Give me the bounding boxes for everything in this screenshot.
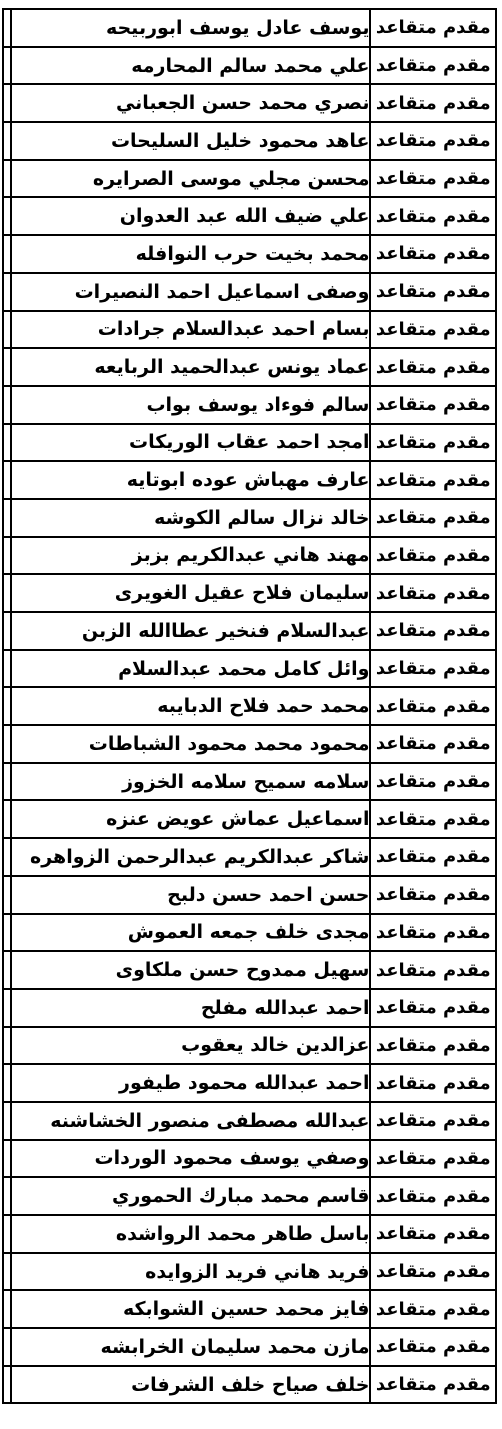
retiree-rank-cell: مقدم متقاعد <box>370 348 496 386</box>
spacer-cell <box>3 1140 11 1178</box>
retiree-rank-cell: مقدم متقاعد <box>370 84 496 122</box>
retiree-name-cell: سلامه سميح سلامه الخزوز <box>11 763 370 801</box>
retiree-rank-cell: مقدم متقاعد <box>370 1102 496 1140</box>
roster-row: عماد يونس عبدالحميد الربايعه مقدم متقاعد <box>3 348 496 386</box>
roster-row: محسن مجلي موسى الصرايره مقدم متقاعد <box>3 160 496 198</box>
spacer-cell <box>3 1177 11 1215</box>
roster-row: عاهد محمود خليل السليحات مقدم متقاعد <box>3 122 496 160</box>
retiree-name-cell: اسماعيل عماش عويض عنزه <box>11 800 370 838</box>
retiree-rank-cell: مقدم متقاعد <box>370 9 496 47</box>
roster-row: مجدى خلف جمعه العموش مقدم متقاعد <box>3 914 496 952</box>
roster-row: امجد احمد عقاب الوريكات مقدم متقاعد <box>3 424 496 462</box>
roster-row: اسماعيل عماش عويض عنزه مقدم متقاعد <box>3 800 496 838</box>
retiree-rank-cell: مقدم متقاعد <box>370 876 496 914</box>
roster-row: باسل طاهر محمد الرواشده مقدم متقاعد <box>3 1215 496 1253</box>
roster-row: علي ضيف الله عبد العدوان مقدم متقاعد <box>3 197 496 235</box>
retiree-rank-cell: مقدم متقاعد <box>370 197 496 235</box>
retiree-name-cell: وصفي يوسف محمود الوردات <box>11 1140 370 1178</box>
roster-row: مهند هاني عبدالكريم بزبز مقدم متقاعد <box>3 537 496 575</box>
spacer-cell <box>3 763 11 801</box>
retiree-rank-cell: مقدم متقاعد <box>370 951 496 989</box>
retiree-rank-cell: مقدم متقاعد <box>370 1140 496 1178</box>
retiree-rank-cell: مقدم متقاعد <box>370 1177 496 1215</box>
retiree-name-cell: باسل طاهر محمد الرواشده <box>11 1215 370 1253</box>
spacer-cell <box>3 197 11 235</box>
retirees-roster-table: يوسف عادل يوسف ابوربيحه مقدم متقاعد علي … <box>2 8 497 1404</box>
roster-row: شاكر عبدالكريم عبدالرحمن الزواهره مقدم م… <box>3 838 496 876</box>
roster-row: احمد عبدالله محمود طيفور مقدم متقاعد <box>3 1064 496 1102</box>
roster-row: يوسف عادل يوسف ابوربيحه مقدم متقاعد <box>3 9 496 47</box>
spacer-cell <box>3 9 11 47</box>
roster-row: عبدالسلام فنخير عطاالله الزبن مقدم متقاع… <box>3 612 496 650</box>
retiree-rank-cell: مقدم متقاعد <box>370 612 496 650</box>
roster-row: وصفي يوسف محمود الوردات مقدم متقاعد <box>3 1140 496 1178</box>
retiree-name-cell: محمد حمد فلاح الدبايبه <box>11 687 370 725</box>
roster-row: محمود محمد محمود الشباطات مقدم متقاعد <box>3 725 496 763</box>
roster-row: مازن محمد سليمان الخرابشه مقدم متقاعد <box>3 1328 496 1366</box>
roster-row: عزالدين خالد يعقوب مقدم متقاعد <box>3 1027 496 1065</box>
roster-row: احمد عبدالله مفلح مقدم متقاعد <box>3 989 496 1027</box>
retiree-name-cell: مجدى خلف جمعه العموش <box>11 914 370 952</box>
retiree-rank-cell: مقدم متقاعد <box>370 499 496 537</box>
retiree-rank-cell: مقدم متقاعد <box>370 1027 496 1065</box>
roster-row: وصفى اسماعيل احمد النصيرات مقدم متقاعد <box>3 273 496 311</box>
retiree-rank-cell: مقدم متقاعد <box>370 311 496 349</box>
spacer-cell <box>3 160 11 198</box>
retiree-name-cell: سهيل ممدوح حسن ملكاوى <box>11 951 370 989</box>
spacer-cell <box>3 461 11 499</box>
retiree-name-cell: سليمان فلاح عقيل الغويرى <box>11 574 370 612</box>
retiree-rank-cell: مقدم متقاعد <box>370 763 496 801</box>
retiree-rank-cell: مقدم متقاعد <box>370 386 496 424</box>
retiree-rank-cell: مقدم متقاعد <box>370 273 496 311</box>
retiree-rank-cell: مقدم متقاعد <box>370 47 496 85</box>
roster-row: قاسم محمد مبارك الحموري مقدم متقاعد <box>3 1177 496 1215</box>
spacer-cell <box>3 1328 11 1366</box>
spacer-cell <box>3 122 11 160</box>
spacer-cell <box>3 838 11 876</box>
spacer-cell <box>3 273 11 311</box>
retiree-rank-cell: مقدم متقاعد <box>370 1253 496 1291</box>
retiree-rank-cell: مقدم متقاعد <box>370 914 496 952</box>
retiree-name-cell: محسن مجلي موسى الصرايره <box>11 160 370 198</box>
retiree-name-cell: يوسف عادل يوسف ابوربيحه <box>11 9 370 47</box>
spacer-cell <box>3 989 11 1027</box>
spacer-cell <box>3 1215 11 1253</box>
retiree-name-cell: عاهد محمود خليل السليحات <box>11 122 370 160</box>
retiree-rank-cell: مقدم متقاعد <box>370 122 496 160</box>
document-sheet: يوسف عادل يوسف ابوربيحه مقدم متقاعد علي … <box>0 0 502 1404</box>
retiree-name-cell: محمود محمد محمود الشباطات <box>11 725 370 763</box>
roster-row: محمد حمد فلاح الدبايبه مقدم متقاعد <box>3 687 496 725</box>
spacer-cell <box>3 499 11 537</box>
spacer-cell <box>3 800 11 838</box>
spacer-cell <box>3 235 11 273</box>
spacer-cell <box>3 574 11 612</box>
retiree-name-cell: مهند هاني عبدالكريم بزبز <box>11 537 370 575</box>
retiree-rank-cell: مقدم متقاعد <box>370 650 496 688</box>
retiree-rank-cell: مقدم متقاعد <box>370 1366 496 1404</box>
retiree-name-cell: عبدالسلام فنخير عطاالله الزبن <box>11 612 370 650</box>
retiree-name-cell: مازن محمد سليمان الخرابشه <box>11 1328 370 1366</box>
spacer-cell <box>3 386 11 424</box>
roster-row: خالد نزال سالم الكوشه مقدم متقاعد <box>3 499 496 537</box>
retiree-rank-cell: مقدم متقاعد <box>370 800 496 838</box>
retiree-rank-cell: مقدم متقاعد <box>370 1290 496 1328</box>
retiree-name-cell: خالد نزال سالم الكوشه <box>11 499 370 537</box>
retiree-name-cell: احمد عبدالله محمود طيفور <box>11 1064 370 1102</box>
spacer-cell <box>3 687 11 725</box>
roster-row: عبدالله مصطفى منصور الخشاشنه مقدم متقاعد <box>3 1102 496 1140</box>
retiree-name-cell: فايز محمد حسين الشوابكه <box>11 1290 370 1328</box>
spacer-cell <box>3 612 11 650</box>
spacer-cell <box>3 1027 11 1065</box>
retiree-name-cell: نصري محمد حسن الجعباني <box>11 84 370 122</box>
retiree-name-cell: سالم فوءاد يوسف بواب <box>11 386 370 424</box>
retiree-name-cell: احمد عبدالله مفلح <box>11 989 370 1027</box>
retiree-name-cell: عزالدين خالد يعقوب <box>11 1027 370 1065</box>
retiree-rank-cell: مقدم متقاعد <box>370 424 496 462</box>
roster-table-body: يوسف عادل يوسف ابوربيحه مقدم متقاعد علي … <box>3 9 496 1403</box>
roster-row: سليمان فلاح عقيل الغويرى مقدم متقاعد <box>3 574 496 612</box>
retiree-rank-cell: مقدم متقاعد <box>370 687 496 725</box>
retiree-name-cell: عارف مهباش عوده ابوتايه <box>11 461 370 499</box>
retiree-name-cell: محمد بخيت حرب النوافله <box>11 235 370 273</box>
roster-row: علي محمد سالم المحارمه مقدم متقاعد <box>3 47 496 85</box>
roster-row: سهيل ممدوح حسن ملكاوى مقدم متقاعد <box>3 951 496 989</box>
retiree-rank-cell: مقدم متقاعد <box>370 838 496 876</box>
retiree-rank-cell: مقدم متقاعد <box>370 235 496 273</box>
retiree-name-cell: بسام احمد عبدالسلام جرادات <box>11 311 370 349</box>
roster-row: محمد بخيت حرب النوافله مقدم متقاعد <box>3 235 496 273</box>
retiree-rank-cell: مقدم متقاعد <box>370 1328 496 1366</box>
spacer-cell <box>3 537 11 575</box>
retiree-name-cell: خلف صياح خلف الشرفات <box>11 1366 370 1404</box>
spacer-cell <box>3 650 11 688</box>
retiree-rank-cell: مقدم متقاعد <box>370 160 496 198</box>
roster-row: سلامه سميح سلامه الخزوز مقدم متقاعد <box>3 763 496 801</box>
retiree-rank-cell: مقدم متقاعد <box>370 574 496 612</box>
roster-row: فريد هاني فريد الزوايده مقدم متقاعد <box>3 1253 496 1291</box>
retiree-rank-cell: مقدم متقاعد <box>370 725 496 763</box>
spacer-cell <box>3 1366 11 1404</box>
roster-row: خلف صياح خلف الشرفات مقدم متقاعد <box>3 1366 496 1404</box>
roster-row: وائل كامل محمد عبدالسلام مقدم متقاعد <box>3 650 496 688</box>
roster-row: بسام احمد عبدالسلام جرادات مقدم متقاعد <box>3 311 496 349</box>
retiree-rank-cell: مقدم متقاعد <box>370 989 496 1027</box>
retiree-rank-cell: مقدم متقاعد <box>370 537 496 575</box>
spacer-cell <box>3 951 11 989</box>
spacer-cell <box>3 47 11 85</box>
spacer-cell <box>3 311 11 349</box>
spacer-cell <box>3 1064 11 1102</box>
retiree-name-cell: وصفى اسماعيل احمد النصيرات <box>11 273 370 311</box>
roster-row: فايز محمد حسين الشوابكه مقدم متقاعد <box>3 1290 496 1328</box>
spacer-cell <box>3 84 11 122</box>
retiree-rank-cell: مقدم متقاعد <box>370 1064 496 1102</box>
retiree-name-cell: حسن احمد حسن دلبح <box>11 876 370 914</box>
spacer-cell <box>3 1102 11 1140</box>
roster-row: حسن احمد حسن دلبح مقدم متقاعد <box>3 876 496 914</box>
roster-row: نصري محمد حسن الجعباني مقدم متقاعد <box>3 84 496 122</box>
roster-row: عارف مهباش عوده ابوتايه مقدم متقاعد <box>3 461 496 499</box>
retiree-rank-cell: مقدم متقاعد <box>370 461 496 499</box>
retiree-name-cell: عماد يونس عبدالحميد الربايعه <box>11 348 370 386</box>
retiree-name-cell: علي محمد سالم المحارمه <box>11 47 370 85</box>
retiree-name-cell: فريد هاني فريد الزوايده <box>11 1253 370 1291</box>
spacer-cell <box>3 1290 11 1328</box>
retiree-name-cell: عبدالله مصطفى منصور الخشاشنه <box>11 1102 370 1140</box>
retiree-name-cell: قاسم محمد مبارك الحموري <box>11 1177 370 1215</box>
roster-row: سالم فوءاد يوسف بواب مقدم متقاعد <box>3 386 496 424</box>
spacer-cell <box>3 424 11 462</box>
retiree-name-cell: علي ضيف الله عبد العدوان <box>11 197 370 235</box>
spacer-cell <box>3 1253 11 1291</box>
retiree-name-cell: امجد احمد عقاب الوريكات <box>11 424 370 462</box>
spacer-cell <box>3 876 11 914</box>
retiree-name-cell: وائل كامل محمد عبدالسلام <box>11 650 370 688</box>
spacer-cell <box>3 725 11 763</box>
retiree-name-cell: شاكر عبدالكريم عبدالرحمن الزواهره <box>11 838 370 876</box>
retiree-rank-cell: مقدم متقاعد <box>370 1215 496 1253</box>
spacer-cell <box>3 348 11 386</box>
spacer-cell <box>3 914 11 952</box>
